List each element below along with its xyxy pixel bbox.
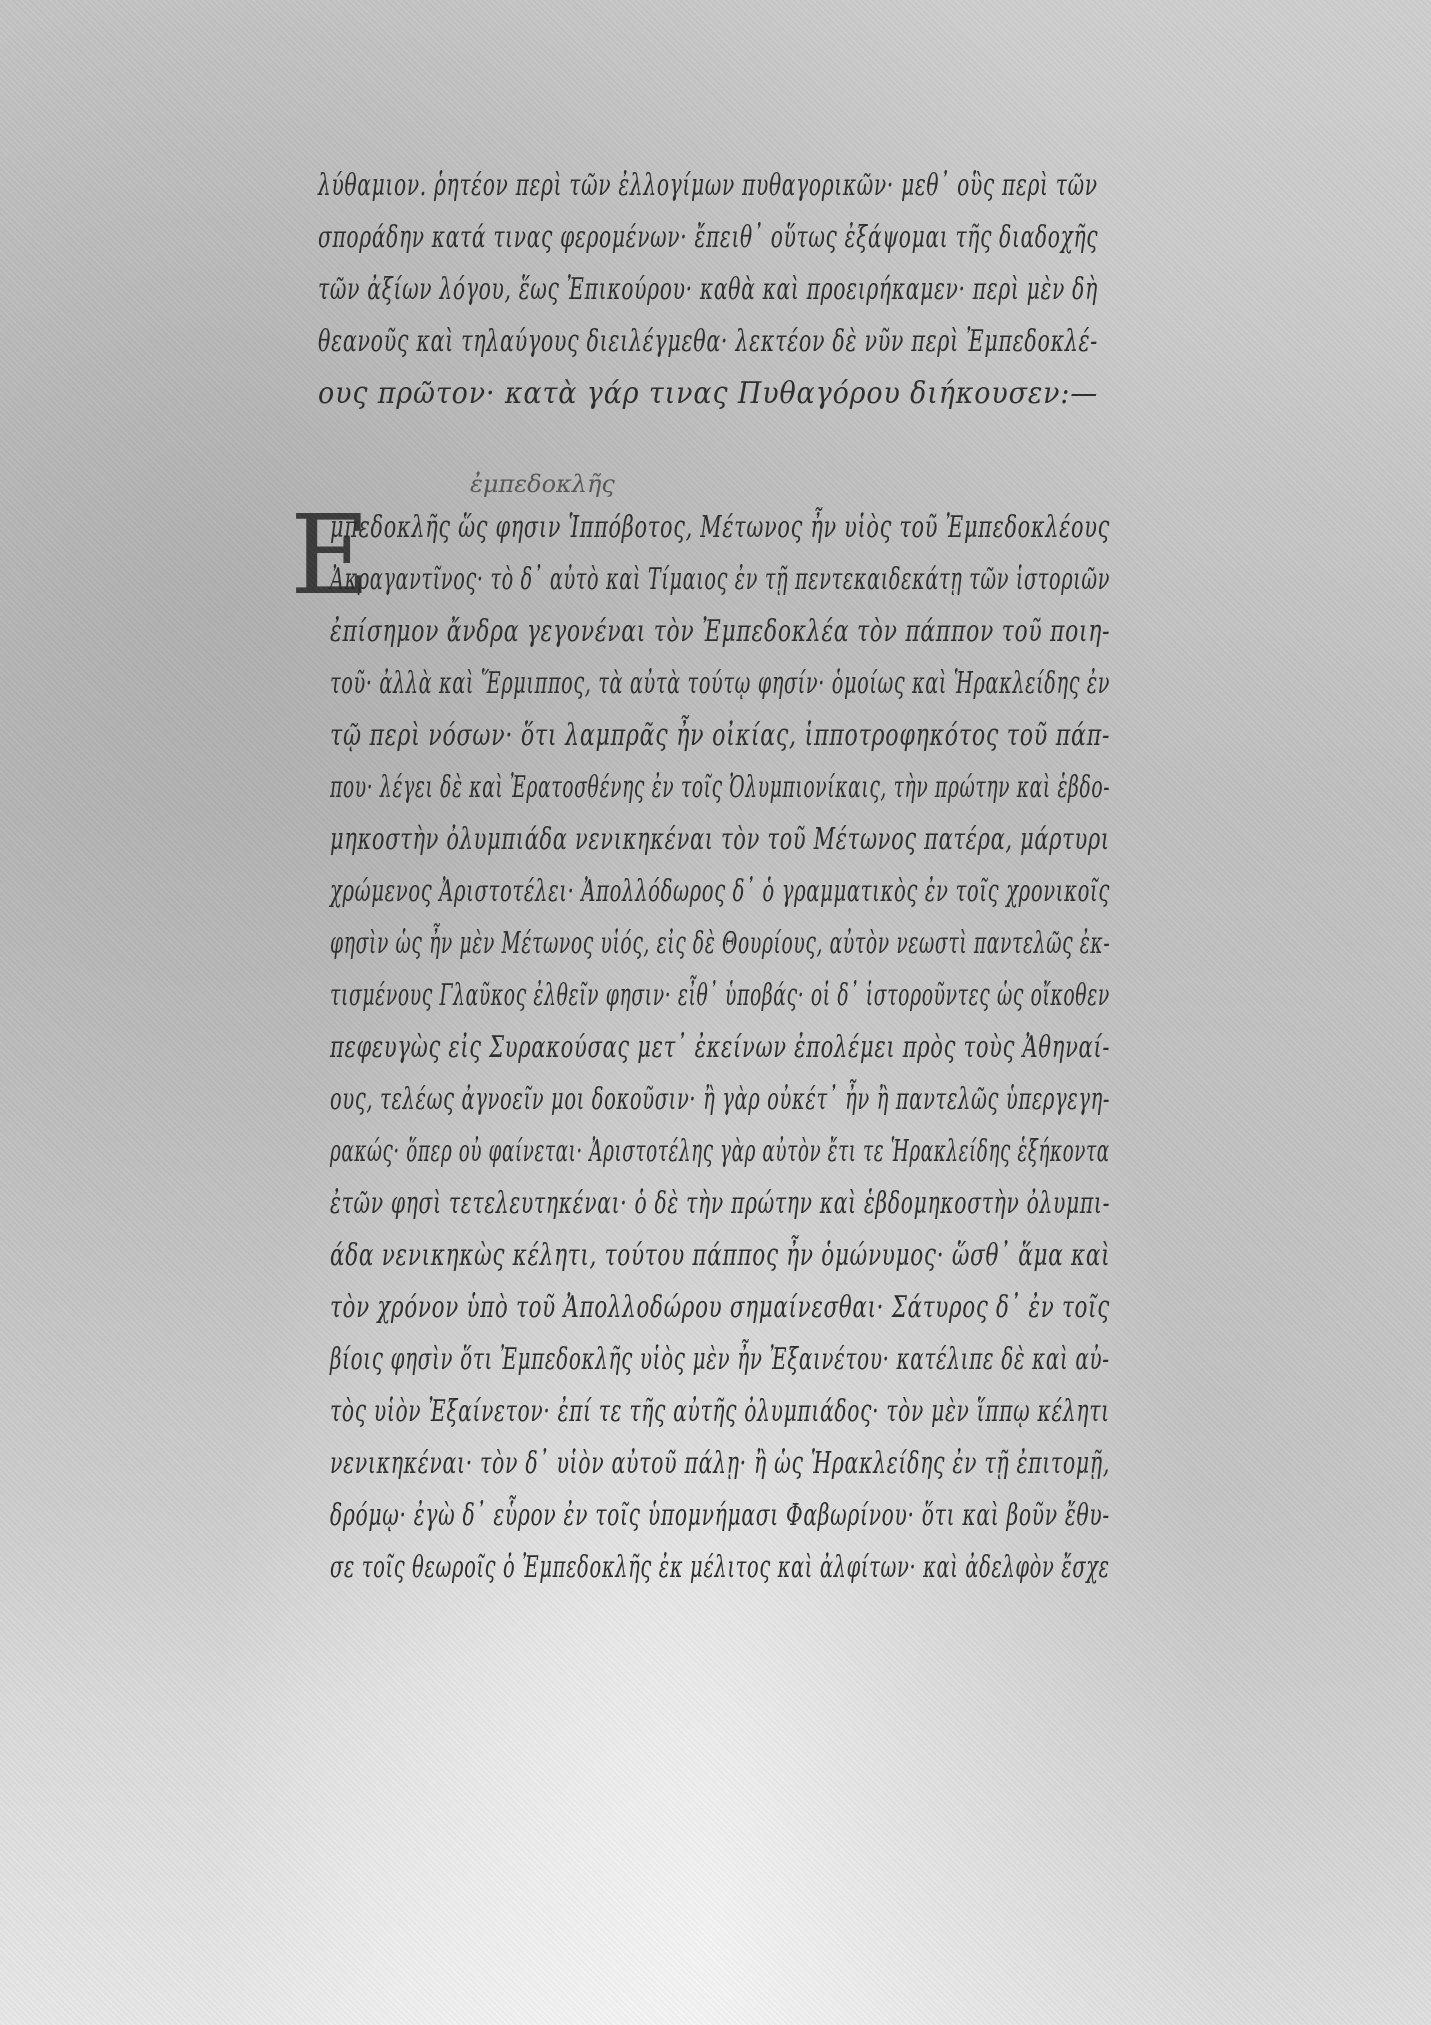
- manuscript-line: λύθαμιον. ῥητέον περὶ τῶν ἐλλογίμων πυθα…: [318, 168, 1098, 203]
- manuscript-line: νενικηκέναι· τὸν δ᾽ υἱὸν αὐτοῦ πάλῃ· ἢ ὡ…: [330, 1446, 1110, 1481]
- manuscript-line: που· λέγει δὲ καὶ Ἐρατοσθένης ἐν τοῖς Ὀλ…: [330, 770, 1110, 805]
- manuscript-line: Ἀκραγαντῖνος· τὸ δ᾽ αὐτὸ καὶ Τίμαιος ἐν …: [330, 562, 1110, 597]
- manuscript-line: φησὶν ὡς ἦν μὲν Μέτωνος υἱός, εἰς δὲ Θου…: [330, 926, 1110, 961]
- manuscript-line: σε τοῖς θεωροῖς ὁ Ἐμπεδοκλῆς ἐκ μέλιτος …: [330, 1550, 1110, 1585]
- manuscript-line: τὸς υἱὸν Ἐξαίνετον· ἐπί τε τῆς αὐτῆς ὀλυ…: [330, 1394, 1110, 1429]
- manuscript-line: τοῦ· ἀλλὰ καὶ Ἕρμιππος, τὰ αὐτὰ τούτῳ φη…: [330, 666, 1110, 701]
- manuscript-line: τισμένους Γλαῦκος ἐλθεῖν φησιν· εἶθ᾽ ὑπο…: [330, 978, 1110, 1013]
- manuscript-line: δρόμῳ· ἐγὼ δ᾽ εὗρον ἐν τοῖς ὑπομνήμασι Φ…: [330, 1498, 1110, 1533]
- manuscript-line: άδα νενικηκὼς κέλητι, τούτου πάππος ἦν ὁ…: [330, 1238, 1110, 1273]
- manuscript-line: τῶν ἀξίων λόγου, ἕως Ἐπικούρου· καθὰ καὶ…: [318, 272, 1098, 307]
- manuscript-line: ρακώς· ὅπερ οὐ φαίνεται· Ἀριστοτέλης γὰρ…: [330, 1134, 1110, 1169]
- manuscript-line: ἐπίσημον ἄνδρα γεγονέναι τὸν Ἐμπεδοκλέα …: [330, 614, 1110, 649]
- manuscript-line: τὸν χρόνον ὑπὸ τοῦ Ἀπολλοδώρου σημαίνεσθ…: [330, 1290, 1110, 1325]
- manuscript-line: ους πρῶτον· κατὰ γάρ τινας Πυθαγόρου διή…: [318, 376, 1098, 411]
- manuscript-line: βίοις φησὶν ὅτι Ἐμπεδοκλῆς υἱὸς μὲν ἦν Ἐ…: [330, 1342, 1110, 1377]
- manuscript-line: πεφευγὼς εἰς Συρακούσας μετ᾽ ἐκείνων ἐπο…: [330, 1030, 1110, 1065]
- manuscript-line: μπεδοκλῆς ὥς φησιν Ἱππόβοτος, Μέτωνος ἦν…: [330, 510, 1110, 545]
- manuscript-line: ἐτῶν φησὶ τετελευτηκέναι· ὁ δὲ τὴν πρώτη…: [330, 1186, 1110, 1221]
- manuscript-line: ους, τελέως ἀγνοεῖν μοι δοκοῦσιν· ἢ γὰρ …: [330, 1082, 1110, 1117]
- manuscript-line: μηκοστὴν ὀλυμπιάδα νενικηκέναι τὸν τοῦ Μ…: [330, 822, 1110, 857]
- manuscript-line: θεανοῦς καὶ τηλαύγους διειλέγμεθα· λεκτέ…: [318, 324, 1098, 359]
- manuscript-line: χρώμενος Ἀριστοτέλει· Ἀπολλόδωρος δ᾽ ὁ γ…: [330, 874, 1110, 909]
- manuscript-line: τῷ περὶ νόσων· ὅτι λαμπρᾶς ἦν οἰκίας, ἱπ…: [330, 718, 1110, 753]
- marginal-heading: ἐμπεδοκλῆς: [470, 470, 615, 498]
- manuscript-line: σποράδην κατά τινας φερομένων· ἔπειθ᾽ οὕ…: [318, 220, 1098, 255]
- manuscript-page: λύθαμιον. ῥητέον περὶ τῶν ἐλλογίμων πυθα…: [0, 0, 1431, 2025]
